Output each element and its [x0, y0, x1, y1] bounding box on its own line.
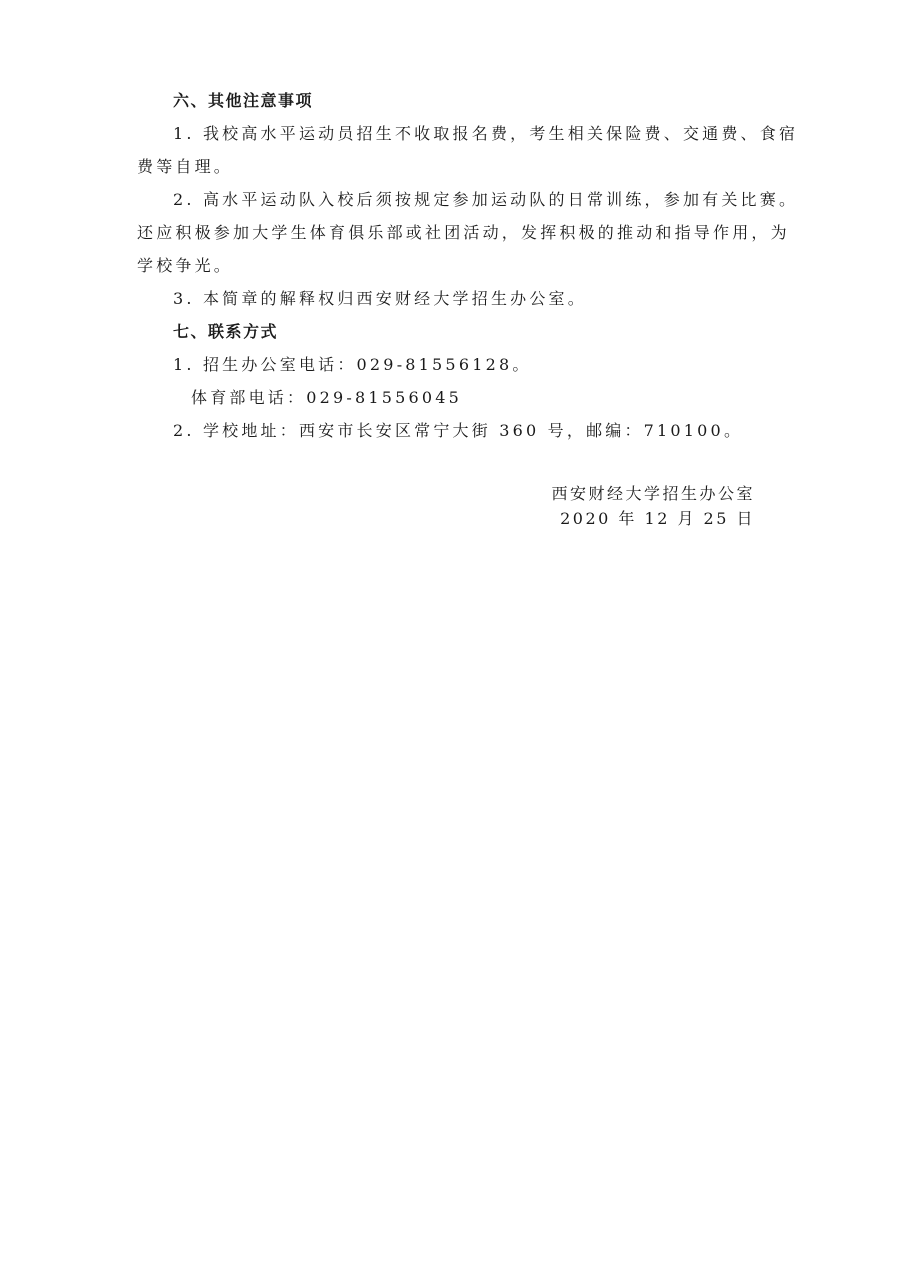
document-page: 六、其他注意事项 1. 我校高水平运动员招生不收取报名费，考生相关保险费、交通费… [137, 84, 755, 447]
paragraph-line: 2. 高水平运动队入校后须按规定参加运动队的日常训练，参加有关比赛。 [137, 183, 755, 216]
paragraph-line: 学校争光。 [137, 249, 755, 282]
contact-admissions-phone: 1. 招生办公室电话：029-81556128。 [137, 348, 755, 381]
signature-date: 2020 年 12 月 25 日 [560, 506, 755, 531]
paragraph-line: 3. 本简章的解释权归西安财经大学招生办公室。 [137, 282, 755, 315]
signature-organization: 西安财经大学招生办公室 [551, 481, 755, 506]
section-heading-other-notes: 六、其他注意事项 [137, 84, 755, 117]
contact-address: 2. 学校地址：西安市长安区常宁大街 360 号，邮编：710100。 [137, 414, 755, 447]
paragraph-line: 1. 我校高水平运动员招生不收取报名费，考生相关保险费、交通费、食宿 [137, 117, 755, 150]
contact-pe-dept-phone: 体育部电话：029-81556045 [137, 381, 755, 414]
paragraph-line: 还应积极参加大学生体育俱乐部或社团活动，发挥积极的推动和指导作用，为 [137, 216, 755, 249]
section-heading-contact: 七、联系方式 [137, 315, 755, 348]
paragraph-line: 费等自理。 [137, 150, 755, 183]
